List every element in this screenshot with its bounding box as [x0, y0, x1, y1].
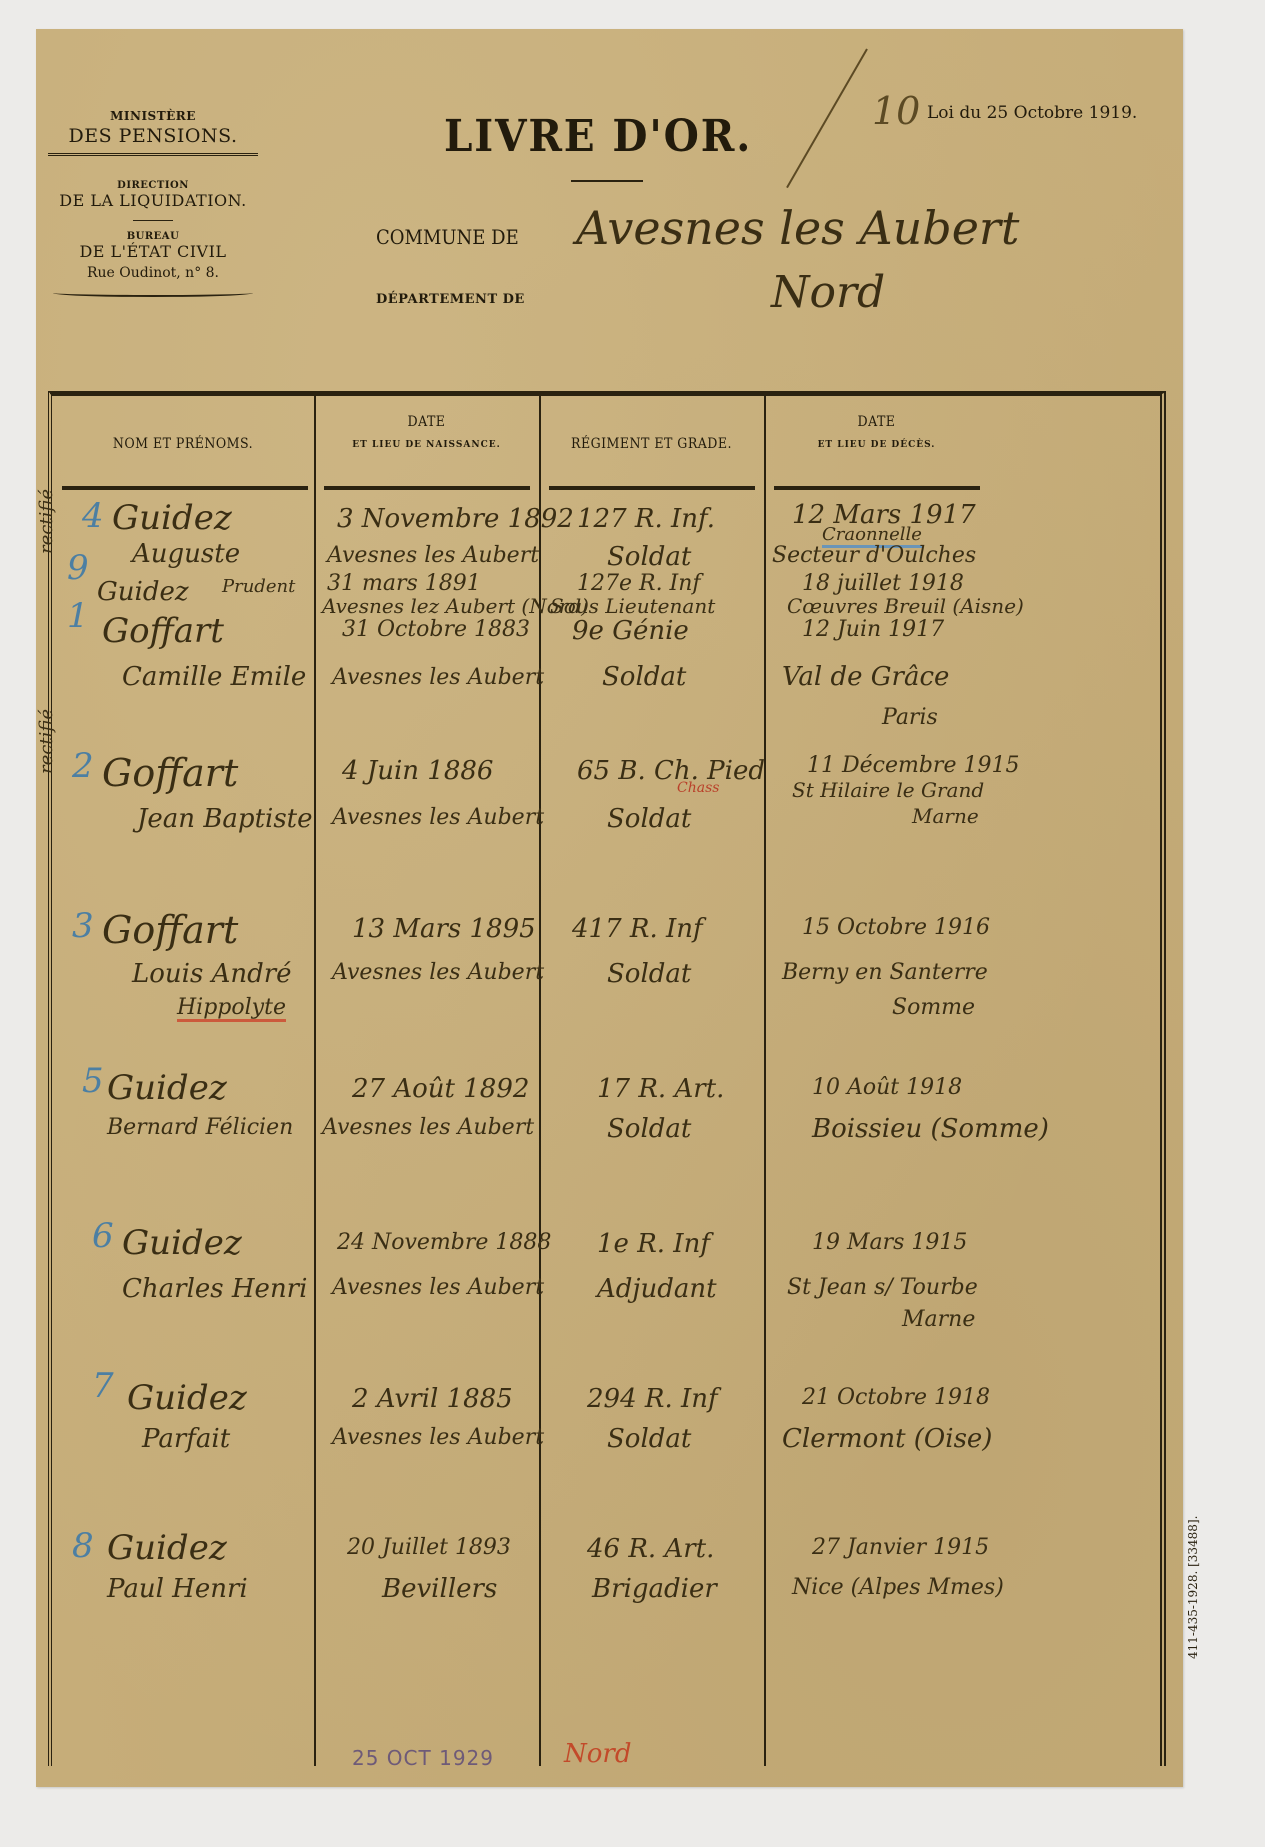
column-header-death: DATE ET LIEU DE DÉCÈS. [764, 414, 989, 450]
column-header-regiment: RÉGIMENT ET GRADE. [539, 436, 764, 452]
birth-place: Avesnes lez Aubert (Nord) [322, 596, 589, 617]
ministry-block: MINISTÈRE DES PENSIONS. DIRECTION DE LA … [48, 109, 258, 297]
document-title: LIVRE D'OR. [444, 111, 752, 162]
birth-place: Avesnes les Aubert [332, 1276, 544, 1299]
ministry-label: MINISTÈRE [48, 109, 258, 123]
death-place: St Hilaire le Grand [792, 780, 984, 801]
death-place: Berny en Santerre [782, 961, 988, 984]
regiment: 9e Génie [572, 618, 689, 645]
grade: Adjudant [597, 1276, 717, 1303]
ministry-name: DES PENSIONS. [48, 125, 258, 147]
death-place: Val de Grâce [782, 664, 949, 691]
page-number: 10 [872, 89, 920, 133]
surname: Goffart [102, 754, 238, 794]
bureau-name: DE L'ÉTAT CIVIL [48, 242, 258, 261]
regiment-correction: Chass [677, 781, 719, 796]
death-date: 27 Janvier 1915 [812, 1536, 989, 1559]
death-place: Nice (Alpes Mmes) [792, 1576, 1004, 1599]
surname: Guidez [127, 1381, 247, 1417]
surname: Goffart [102, 911, 238, 951]
divider [133, 220, 173, 221]
birth-place: Avesnes les Aubert [332, 1426, 544, 1449]
surname: Guidez [97, 579, 189, 606]
header-rule [549, 486, 755, 490]
given-names-extra: Hippolyte [177, 996, 286, 1022]
regiment: 65 B. Ch. Pied [577, 758, 765, 785]
grade: Soldat [607, 1116, 691, 1143]
row-index: 2 [72, 746, 94, 786]
surname: Guidez [107, 1071, 227, 1107]
column-divider [764, 396, 766, 1766]
death-place: Boissieu (Somme) [812, 1116, 1049, 1143]
surname: Goffart [102, 614, 224, 650]
document-sheet: MINISTÈRE DES PENSIONS. DIRECTION DE LA … [36, 29, 1183, 1787]
ornament-rule [53, 289, 253, 297]
row-index: 4 [82, 496, 104, 536]
death-note: Marne [902, 1308, 975, 1331]
regiment: 46 R. Art. [587, 1536, 714, 1563]
given-names: Auguste [132, 541, 240, 568]
bureau-label: BUREAU [48, 231, 258, 242]
death-place: Clermont (Oise) [782, 1426, 992, 1453]
direction-name: DE LA LIQUIDATION. [48, 191, 258, 210]
death-note: Paris [882, 706, 938, 729]
surname: Guidez [107, 1531, 227, 1567]
row-index: 1 [67, 596, 89, 636]
divider [48, 153, 258, 156]
row-index: 7 [92, 1366, 114, 1406]
regiment: 17 R. Art. [597, 1076, 724, 1103]
given-names: Louis André [132, 961, 292, 988]
surname: Guidez [112, 501, 232, 537]
death-date: 10 Août 1918 [812, 1076, 962, 1099]
death-date: 15 Octobre 1916 [802, 916, 990, 939]
death-date: 21 Octobre 1918 [802, 1386, 990, 1409]
red-annotation: Nord [564, 1739, 631, 1769]
death-date: 12 Juin 1917 [802, 618, 944, 641]
given-names: Camille Emile [122, 664, 306, 691]
grade: Soldat [607, 961, 691, 988]
given-names: Jean Baptiste [137, 806, 313, 833]
death-place: St Jean s/ Tourbe [787, 1276, 978, 1299]
row-index: 9 [67, 548, 89, 588]
law-reference: Loi du 25 Octobre 1919. [927, 103, 1137, 123]
column-divider [314, 396, 316, 1766]
column-header-birth: DATE ET LIEU DE NAISSANCE. [314, 414, 539, 450]
row-index: 5 [82, 1061, 104, 1101]
grade: Soldat [607, 1426, 691, 1453]
surname: Guidez [122, 1226, 242, 1262]
grade: Soldat [607, 806, 691, 833]
death-note: Somme [892, 996, 975, 1019]
birth-date: 20 Juillet 1893 [347, 1536, 511, 1559]
title-underline [571, 180, 643, 182]
birth-date: 31 Octobre 1883 [342, 618, 530, 641]
column-header-name: NOM ET PRÉNOMS. [52, 436, 314, 452]
birth-date: 31 mars 1891 [327, 572, 481, 595]
birth-date: 27 Août 1892 [352, 1076, 529, 1103]
header-rule [62, 486, 308, 490]
bureau-address: Rue Oudinot, n° 8. [48, 265, 258, 281]
birth-date: 13 Mars 1895 [352, 916, 536, 943]
death-place: Secteur d'Oulches [772, 544, 976, 567]
birth-date: 24 Novembre 1888 [337, 1231, 551, 1254]
grade: Soldat [607, 544, 691, 571]
death-note: Marne [912, 806, 979, 827]
department-value: Nord [771, 267, 885, 318]
commune-label: COMMUNE DE [376, 225, 519, 249]
print-code: 411-435-1928. [33488]. [1186, 1516, 1200, 1659]
given-names: Paul Henri [107, 1576, 248, 1603]
margin-note-rectifie: rectifié [36, 489, 57, 554]
birth-place: Avesnes les Aubert [332, 961, 544, 984]
death-date: 19 Mars 1915 [812, 1231, 967, 1254]
margin-note-rectifie: rectifié [36, 709, 57, 774]
regiment: 127 R. Inf. [577, 506, 715, 533]
grade: Brigadier [592, 1576, 717, 1603]
death-date: 11 Décembre 1915 [807, 754, 1019, 777]
commune-value: Avesnes les Aubert [576, 201, 1019, 255]
direction-label: DIRECTION [48, 180, 258, 191]
regiment: 1e R. Inf [597, 1231, 710, 1258]
regiment: 127e R. Inf [577, 572, 701, 595]
row-index: 6 [92, 1216, 114, 1256]
grade: Sous Lieutenant [550, 596, 715, 617]
header-rule [774, 486, 980, 490]
grade: Soldat [602, 664, 686, 691]
given-names: Charles Henri [122, 1276, 307, 1303]
birth-place: Avesnes les Aubert [332, 806, 544, 829]
given-names: Parfait [142, 1426, 230, 1453]
header-rule [324, 486, 530, 490]
birth-date: 3 Novembre 1892 [337, 506, 574, 533]
page-slash-mark [786, 49, 868, 189]
given-names: Prudent [222, 578, 295, 597]
birth-place: Bevillers [382, 1576, 497, 1603]
given-names: Bernard Félicien [107, 1116, 293, 1139]
birth-place: Avesnes les Aubert [327, 544, 539, 567]
regiment: 417 R. Inf [572, 916, 703, 943]
death-place: Cœuvres Breuil (Aisne) [787, 596, 1024, 617]
birth-date: 2 Avril 1885 [352, 1386, 513, 1413]
death-date: 18 juillet 1918 [802, 572, 964, 595]
birth-place: Avesnes les Aubert [322, 1116, 534, 1139]
department-label: DÉPARTEMENT DE [376, 292, 525, 307]
row-index: 8 [72, 1526, 94, 1566]
birth-date: 4 Juin 1886 [342, 758, 493, 785]
date-stamp: 25 OCT 1929 [352, 1746, 494, 1770]
regiment: 294 R. Inf [587, 1386, 718, 1413]
birth-place: Avesnes les Aubert [332, 666, 544, 689]
row-index: 3 [72, 906, 94, 946]
register-table: NOM ET PRÉNOMS. DATE ET LIEU DE NAISSANC… [48, 391, 1166, 1766]
